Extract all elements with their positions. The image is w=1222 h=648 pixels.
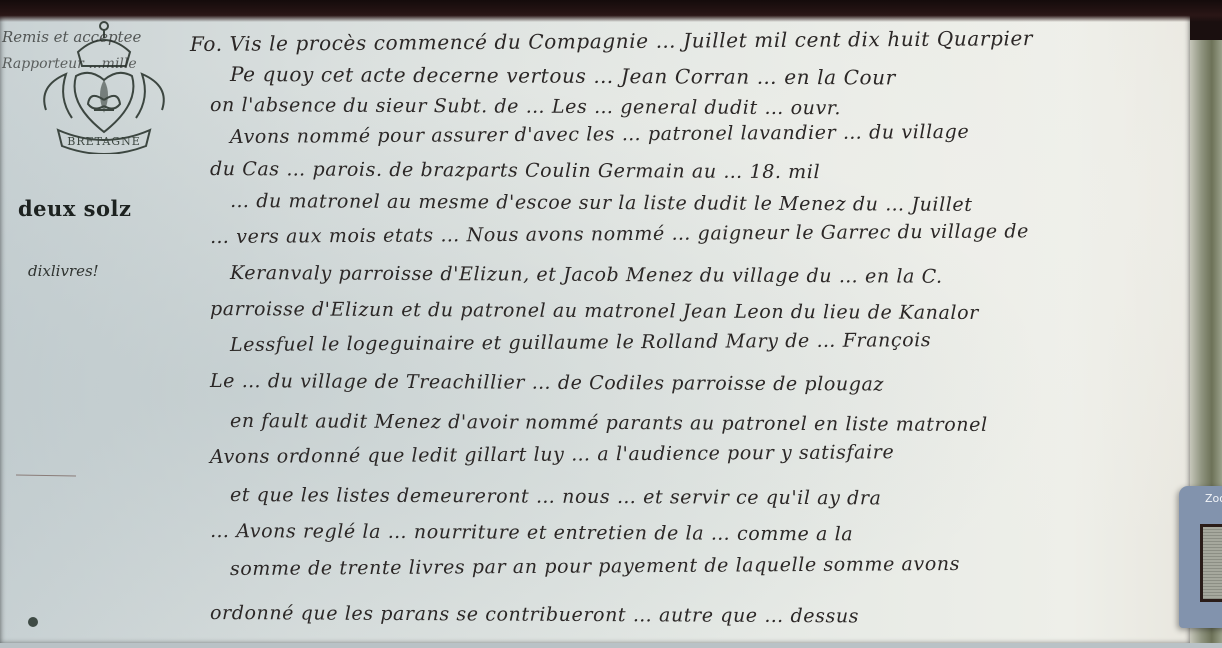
zoom-popup-title: Zoom [1205,492,1222,505]
manuscript-line: … du matronel au mesme d'escoe sur la li… [230,190,973,216]
manuscript-line: et que les listes demeureront … nous … e… [230,484,882,509]
manuscript-line: du Cas … parois. de brazparts Coulin Ger… [210,158,820,183]
zoom-popup[interactable]: Zoom [1179,486,1222,628]
manuscript-line: on l'absence du sieur Subt. de … Les … g… [210,94,841,119]
manuscript-line: Pe quoy cet acte decerne vertous … Jean … [230,62,896,89]
margin-note-top: Remis et acceptee [2,28,141,46]
image-viewer: BRETAGNE Remis et acceptee Rapporteur ..… [0,0,1222,648]
bottom-edge [0,643,1222,648]
stamp-price-label: deux solz [18,196,131,221]
manuscript-line: parroisse d'Elizun et du patronel au mat… [210,298,979,324]
manuscript-line: … Avons reglé la … nourriture et entreti… [210,520,853,545]
zoom-thumbnail-image [1203,527,1222,599]
zoom-thumbnail[interactable] [1200,524,1222,602]
manuscript-line: Keranvaly parroisse d'Elizun, et Jacob M… [230,262,943,288]
manuscript-line: ordonné que les parans se contribueront … [210,602,859,627]
margin-note-top-second: Rapporteur ...mille [2,56,137,72]
seal-banner-text: BRETAGNE [67,135,141,148]
stamp-sub-label: dixlivres! [28,262,99,280]
manuscript-line: Le … du village de Treachillier … de Cod… [210,370,884,396]
top-shadow [0,0,1222,22]
ink-spot [28,617,38,627]
manuscript-line: en fault audit Menez d'avoir nommé paran… [230,410,988,436]
